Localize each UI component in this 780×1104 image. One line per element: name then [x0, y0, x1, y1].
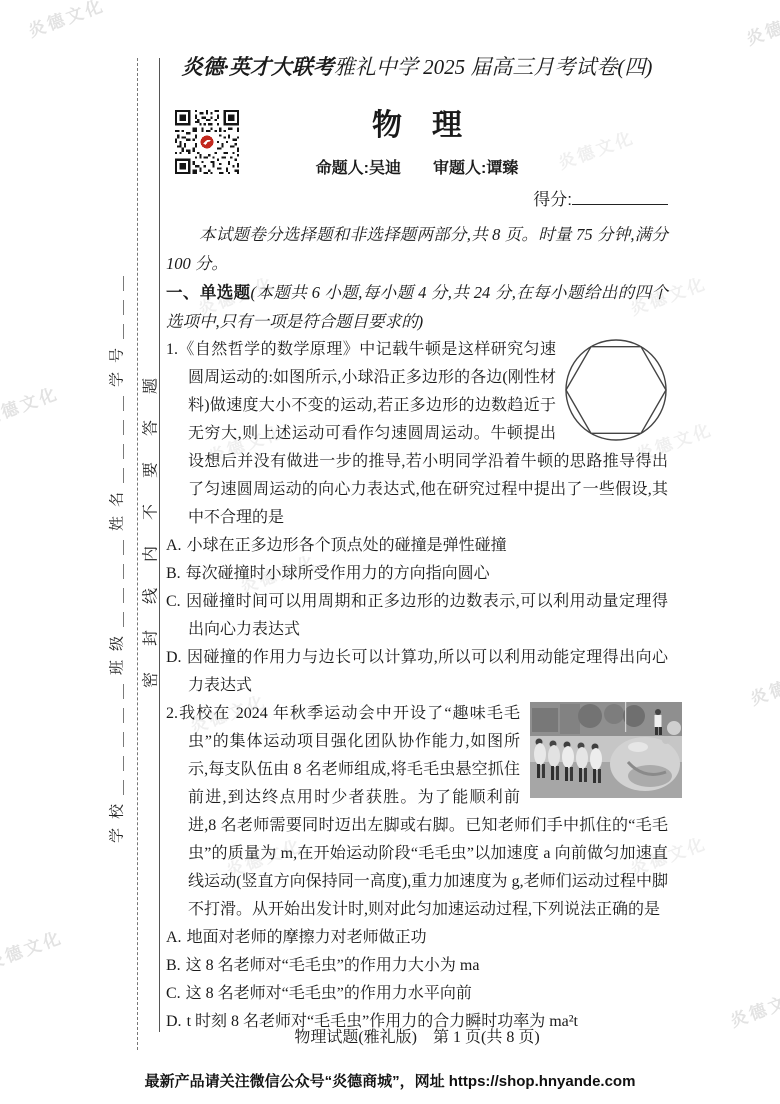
promo-footer: 最新产品请关注微信公众号“炎德商城”，网址 https://shop.hnyan…	[0, 1070, 780, 1091]
main-content: 炎德·英才大联考雅礼中学 2025 届高三月考试卷(四) 物 理 命题人:吴迪 …	[166, 0, 668, 1036]
watermark-text: 炎德文化	[24, 0, 108, 42]
option-text: 每次碰撞时小球所受作用力的方向指向圆心	[186, 565, 490, 582]
watermark-text: 炎德文化	[726, 981, 780, 1032]
score-row: 得分:	[166, 188, 668, 212]
option-label: D.	[166, 649, 182, 666]
question-1: 1.《自然哲学的数学原理》中记载牛顿是这样研究匀速圆周运动的:如图所示,小球沿正…	[166, 336, 668, 700]
exam-title-rest: 雅礼中学 2025 届高三月考试卷(四)	[334, 55, 653, 79]
option-d: D.因碰撞的作用力与边长可以计算功,所以可以利用动能定理得出向心力表达式	[188, 644, 668, 700]
intro-paragraph: 本试题卷分选择题和非选择题两部分,共 8 页。时量 75 分钟,满分 100 分…	[166, 220, 668, 278]
option-text: 小球在正多边形各个顶点处的碰撞是弹性碰撞	[187, 537, 507, 554]
setters-line: 命题人:吴迪 审题人:谭臻	[166, 158, 668, 180]
brand-name: 炎德·英才大联考	[182, 55, 334, 79]
option-label: A.	[166, 537, 182, 554]
section-number: 一、单选题	[166, 283, 251, 302]
option-b: B.这 8 名老师对“毛毛虫”的作用力大小为 ma	[188, 952, 668, 980]
option-text: 这 8 名老师对“毛毛虫”的作用力水平向前	[186, 985, 472, 1002]
score-blank-line	[572, 190, 668, 205]
option-text: 因碰撞的作用力与边长可以计算功,所以可以利用动能定理得出向心力表达式	[187, 649, 668, 694]
exam-page: 炎德文化 炎德文化 炎德文化 炎德文化 炎德文化 炎德文化 炎德文化 炎德文化 …	[0, 0, 780, 1104]
question-number: 1.	[166, 341, 178, 358]
option-label: B.	[166, 565, 181, 582]
watermark-text: 炎德文化	[746, 659, 780, 710]
option-text: 地面对老师的摩擦力对老师做正功	[187, 929, 427, 946]
question-1-text-block: 1.《自然哲学的数学原理》中记载牛顿是这样研究匀速圆周运动的:如图所示,小球沿正…	[188, 336, 668, 532]
seal-line-notice: 密封线内不要答题	[138, 352, 161, 688]
option-text: 因碰撞时间可以用周期和正多边形的边数表示,可以利用动量定理得出向心力表达式	[186, 593, 668, 638]
option-label: C.	[166, 593, 181, 610]
exam-series-title: 炎德·英才大联考雅礼中学 2025 届高三月考试卷(四)	[166, 52, 668, 82]
subject-title: 物 理	[166, 106, 668, 146]
score-label: 得分:	[533, 190, 572, 209]
question-2-text-block: 2.我校在 2024 年秋季运动会中开设了“趣味毛毛虫”的集体运动项目强化团队协…	[188, 700, 668, 924]
watermark-text: 炎德文化	[0, 379, 62, 430]
option-b: B.每次碰撞时小球所受作用力的方向指向圆心	[188, 560, 668, 588]
watermark-text: 炎德文化	[742, 0, 780, 50]
caterpillar-game-photo	[530, 702, 682, 798]
watermark-text: 炎德文化	[0, 923, 66, 974]
student-info-fields: 学校＿＿＿＿＿班级＿＿＿＿姓名＿＿＿＿学号＿＿＿	[106, 267, 127, 843]
option-text: 这 8 名老师对“毛毛虫”的作用力大小为 ma	[186, 957, 480, 974]
option-label: B.	[166, 957, 181, 974]
polygon-in-circle-figure	[564, 338, 668, 442]
question-2: 2.我校在 2024 年秋季运动会中开设了“趣味毛毛虫”的集体运动项目强化团队协…	[166, 700, 668, 1036]
question-number: 2.	[166, 705, 178, 722]
option-a: A.地面对老师的摩擦力对老师做正功	[188, 924, 668, 952]
option-label: A.	[166, 929, 182, 946]
section-heading: 一、单选题(本题共 6 小题,每小题 4 分,共 24 分,在每小题给出的四个选…	[166, 278, 668, 336]
option-c: C.这 8 名老师对“毛毛虫”的作用力水平向前	[188, 980, 668, 1008]
option-c: C.因碰撞时间可以用周期和正多边形的边数表示,可以利用动量定理得出向心力表达式	[188, 588, 668, 644]
page-footer: 物理试题(雅礼版) 第 1 页(共 8 页)	[166, 1024, 668, 1047]
option-label: C.	[166, 985, 181, 1002]
option-a: A.小球在正多边形各个顶点处的碰撞是弹性碰撞	[188, 532, 668, 560]
